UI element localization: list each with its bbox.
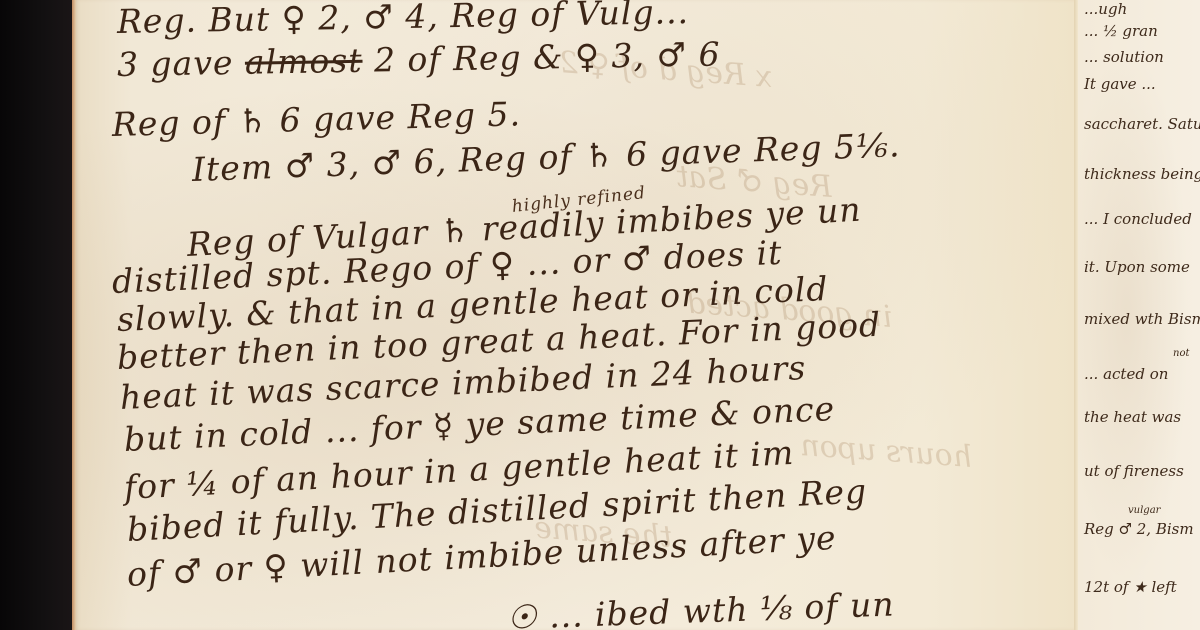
right-page: ...ugh ... ½ gran ... solution It gave .…: [1078, 0, 1200, 630]
manuscript-line: thickness being: [1084, 165, 1200, 183]
manuscript-line: Reg of ♄ 6 gave Reg 5.: [111, 94, 521, 144]
manuscript-line: It gave ...: [1084, 75, 1156, 93]
manuscript-line: 12t of ★ left: [1084, 578, 1177, 596]
book-binding: [0, 0, 72, 630]
left-page: x Reg d of ♀ 2 Reg ♂ Sat in good acted h…: [72, 0, 1074, 630]
manuscript-photo: x Reg d of ♀ 2 Reg ♂ Sat in good acted h…: [0, 0, 1200, 630]
manuscript-line: mixed wth Bism: [1084, 310, 1200, 328]
manuscript-line: ...ugh: [1084, 0, 1127, 18]
manuscript-line: it. Upon some: [1084, 258, 1190, 276]
interlinear-note: not: [1173, 348, 1189, 359]
manuscript-line: ... ½ gran: [1084, 22, 1158, 40]
line-start: 3 gave: [117, 43, 246, 84]
manuscript-line: ☉ ... ibed wth ⅛ of un: [506, 584, 895, 630]
manuscript-line: ut of fireness: [1084, 462, 1184, 480]
manuscript-line: ... I concluded: [1084, 210, 1192, 228]
manuscript-line: Reg. But ♀ 2, ♂ 4, Reg of Vulg...: [117, 0, 690, 41]
interlinear-note: vulgar: [1128, 505, 1160, 516]
struck-word: almost: [245, 41, 363, 82]
manuscript-line: saccharet. Saturn: [1084, 115, 1200, 133]
manuscript-line: Reg ♂ 2, Bism: [1084, 520, 1194, 538]
manuscript-line: ... solution: [1084, 48, 1164, 66]
manuscript-line: ... acted on: [1084, 365, 1168, 383]
manuscript-line: the heat was: [1084, 408, 1181, 426]
bleed-through-text: hours upon: [799, 428, 973, 475]
line-end: 2 of Reg & ♀ 3, ♂ 6: [362, 34, 721, 79]
